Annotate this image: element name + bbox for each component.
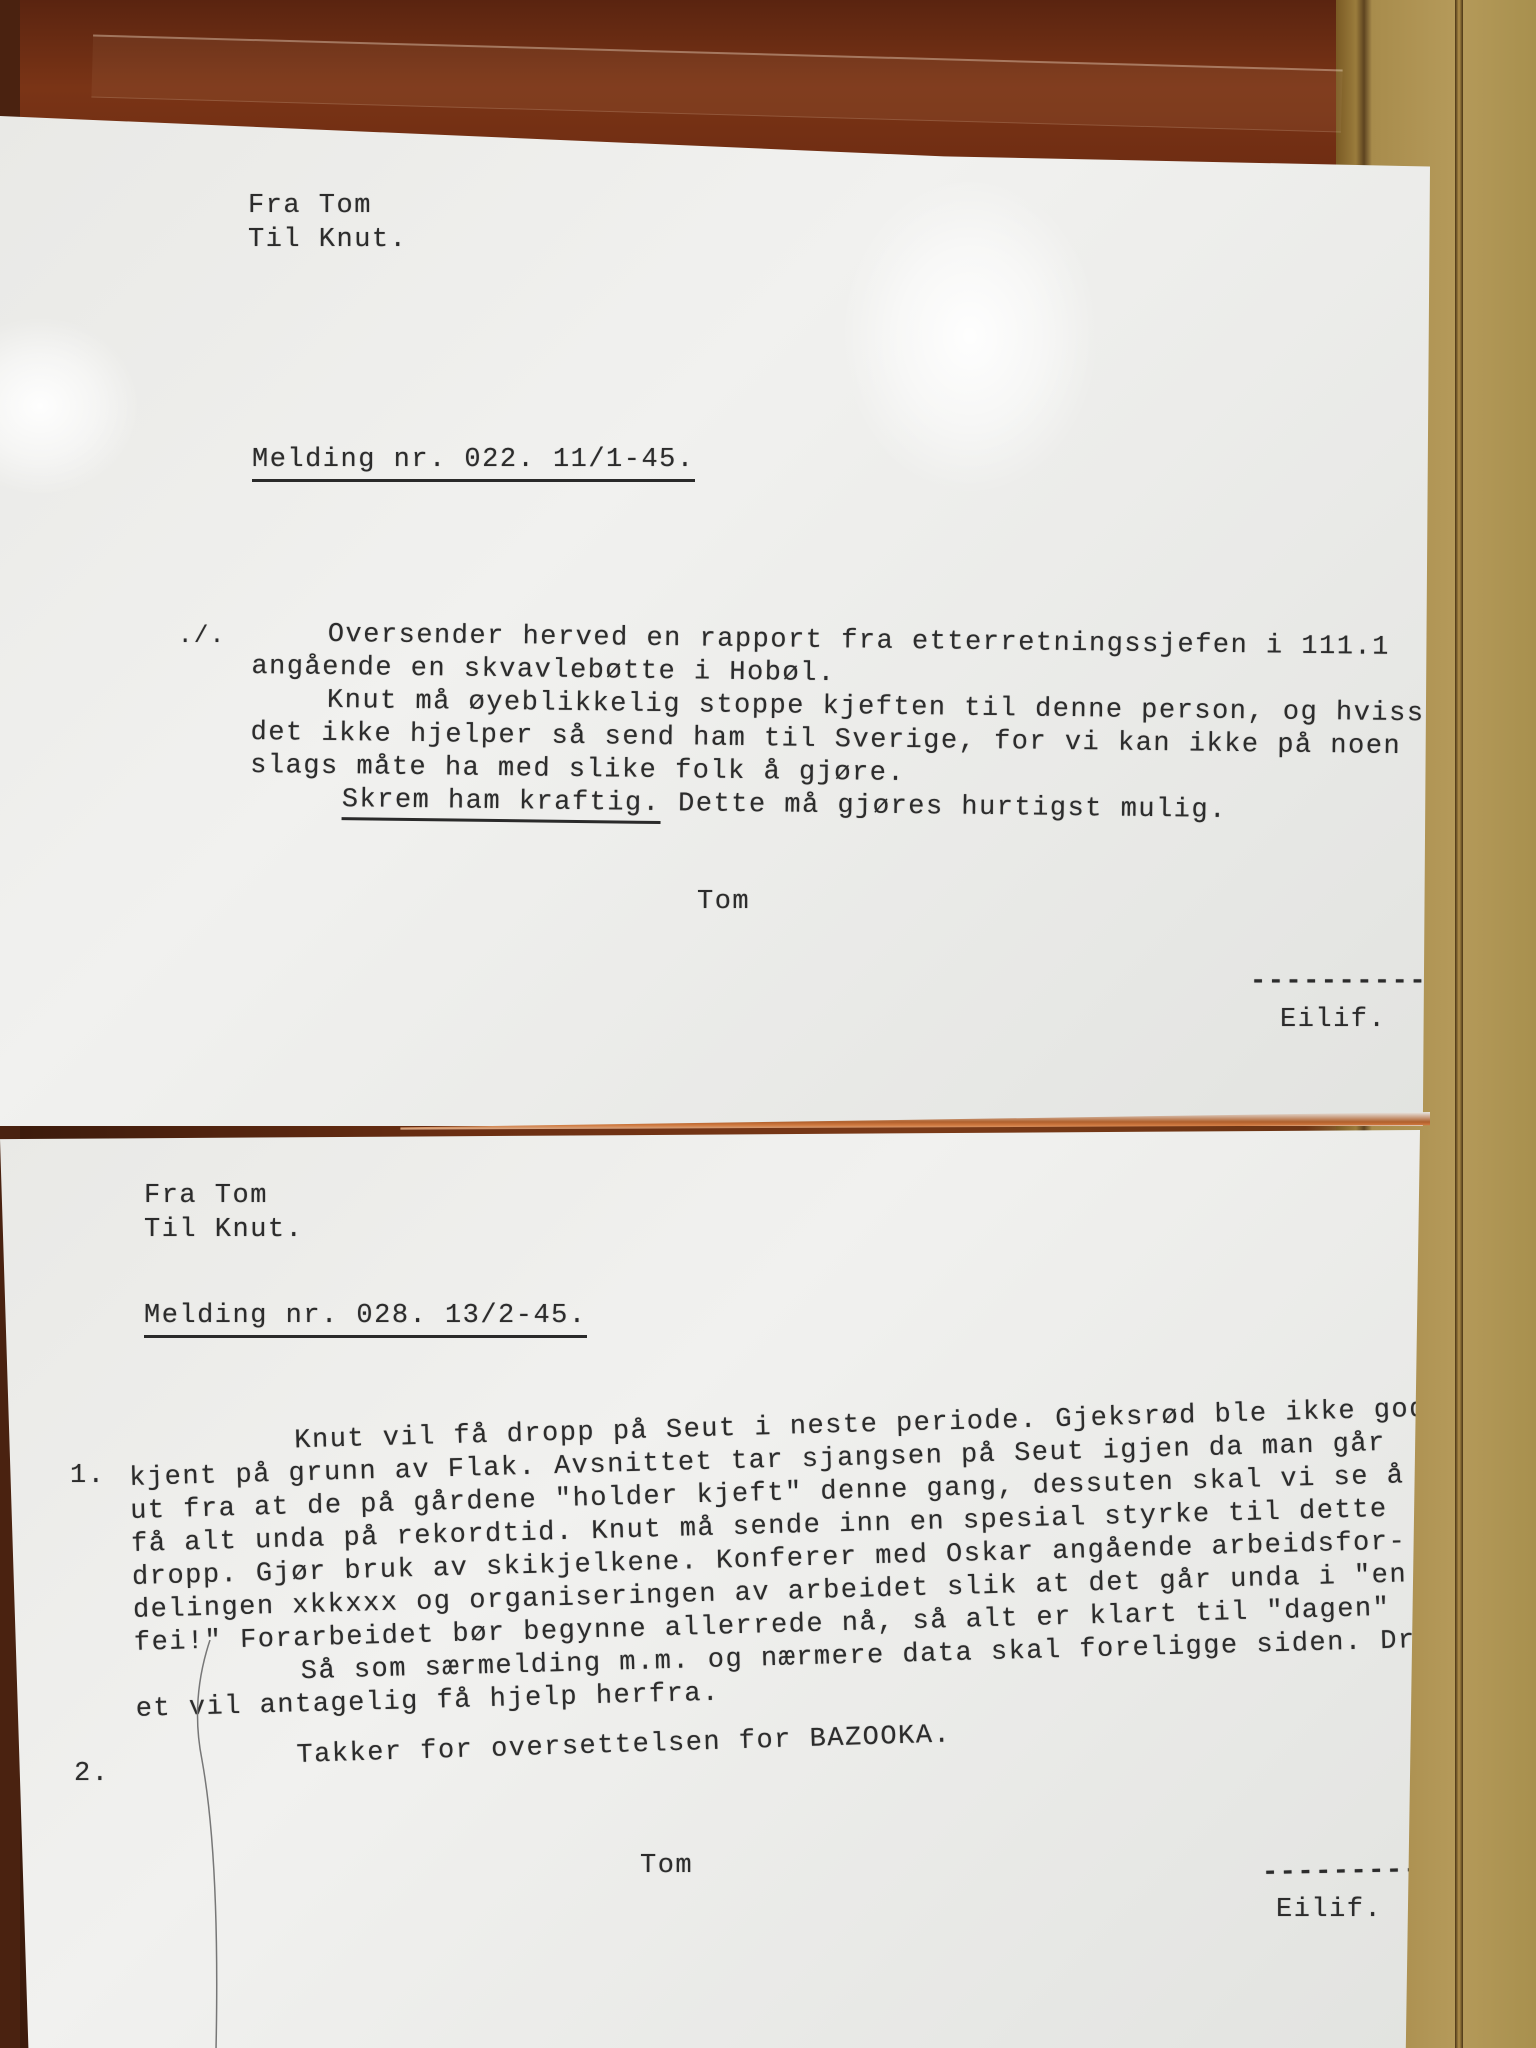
command-rest: Dette må gjøres hurtigst mulig. bbox=[660, 789, 1227, 826]
point-number: 2. bbox=[74, 1758, 109, 1791]
body-line: Takker for oversettelsen for BAZOOKA. bbox=[296, 1719, 952, 1773]
message-sheet-028: Fra Tom Til Knut. Melding nr. 028. 13/2-… bbox=[0, 1130, 1420, 2048]
recipient-signature: Eilif. bbox=[1280, 1004, 1386, 1037]
message-sheet-022: Fra Tom Til Knut. Melding nr. 022. 11/1-… bbox=[0, 116, 1430, 1126]
pencil-mark bbox=[180, 1640, 260, 2048]
recipient-signature: Eilif. bbox=[1276, 1894, 1382, 1927]
dash-line: --------- bbox=[1262, 1855, 1422, 1891]
point-number: 1. bbox=[70, 1460, 105, 1493]
to-line: Til Knut. bbox=[248, 224, 407, 257]
point-1-body: Knut vil få dropp på Seut i neste period… bbox=[128, 1393, 1470, 1727]
message-heading: Melding nr. 022. 11/1-45. bbox=[252, 444, 695, 482]
from-line: Fra Tom bbox=[248, 190, 372, 223]
attachment-mark: ./. bbox=[178, 620, 226, 653]
signature: Tom bbox=[697, 886, 750, 919]
glass-glare bbox=[0, 316, 140, 496]
message-body: Oversender herved en rapport fra etterre… bbox=[250, 618, 1426, 830]
to-line: Til Knut. bbox=[144, 1214, 303, 1247]
message-heading: Melding nr. 028. 13/2-45. bbox=[144, 1300, 587, 1338]
glass-glare bbox=[840, 176, 1100, 496]
dash-line: ----------- bbox=[1250, 966, 1445, 999]
signature: Tom bbox=[640, 1850, 693, 1883]
from-line: Fra Tom bbox=[144, 1180, 268, 1213]
display-case-edge bbox=[1455, 0, 1463, 2048]
underlined-command: Skrem ham kraftig. bbox=[342, 785, 661, 824]
